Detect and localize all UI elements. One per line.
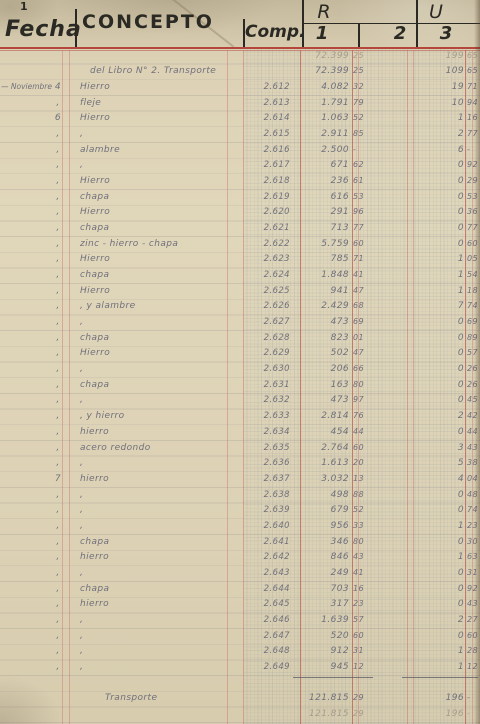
concepto-text: Hierro xyxy=(80,254,110,264)
amount-main: 1.613 xyxy=(279,458,349,468)
fecha-day: , xyxy=(50,662,66,672)
amount-main: 72.399 xyxy=(279,66,349,76)
amount-main: 679 xyxy=(279,505,349,515)
amount-main: 5 xyxy=(408,458,464,468)
amount-main: 1 xyxy=(408,113,464,123)
concepto-text: Hierro xyxy=(80,207,110,217)
concepto-text: , y alambre xyxy=(80,301,136,311)
amount-main: 0 xyxy=(408,427,464,437)
fecha-day: , xyxy=(50,364,66,374)
fecha-day: , xyxy=(50,129,66,139)
fecha-day: , xyxy=(50,176,66,186)
header-divider-horizontal xyxy=(302,23,480,25)
amount-cents: 16 xyxy=(353,584,368,593)
amount-main: 346 xyxy=(279,537,349,547)
fecha-day: , xyxy=(50,395,66,405)
amount-main: 0 xyxy=(408,223,464,233)
ledger-row: ,alambre2.6162.500-6- xyxy=(0,143,480,159)
amount-main: 616 xyxy=(279,192,349,202)
ledger-row: ,,2.6361.61320538 xyxy=(0,456,480,472)
amount-main: 941 xyxy=(279,286,349,296)
amount-cents: 96 xyxy=(353,207,368,216)
column-header-comp: Comp. xyxy=(245,22,306,42)
ledger-row: ,fleje2.6131.791791094 xyxy=(0,96,480,112)
ledger-row: ,zinc - hierro - chapa2.6225.75960060 xyxy=(0,237,480,253)
amount-main: 785 xyxy=(279,254,349,264)
amount-main: 3.032 xyxy=(279,474,349,484)
fecha-day: , xyxy=(50,427,66,437)
concepto-text: , xyxy=(80,521,83,531)
ledger-row: ,,2.64752060060 xyxy=(0,629,480,645)
ledger-row: ,chapa2.63116380026 xyxy=(0,378,480,394)
amount-cents: 43 xyxy=(353,552,368,561)
amount-main: 0 xyxy=(408,395,464,405)
amount-cents: 66 xyxy=(353,364,368,373)
amount-cents: 60 xyxy=(353,239,368,248)
ledger-row: ,,2.6461.63957227 xyxy=(0,613,480,629)
amount-main: 72.399 xyxy=(279,51,349,61)
amount-main: 2 xyxy=(408,615,464,625)
amount-main: 1 xyxy=(408,270,464,280)
concepto-text: chapa xyxy=(80,223,109,233)
amount-cents: 29 xyxy=(353,693,368,702)
column-header-concepto: CONCEPTO xyxy=(82,11,214,33)
amount-main: 498 xyxy=(279,490,349,500)
concepto-text: Hierro xyxy=(80,82,110,92)
amount-main: 956 xyxy=(279,521,349,531)
ledger-row: del Libro N° 2. Transporte72.3992510965 xyxy=(0,64,480,80)
amount-main: 0 xyxy=(408,207,464,217)
ledger-row: ,chapa2.64134680030 xyxy=(0,535,480,551)
fecha-day: 6 xyxy=(50,113,66,123)
amount-main: 0 xyxy=(408,364,464,374)
amount-main: 0 xyxy=(408,317,464,327)
amount-main: 0 xyxy=(408,333,464,343)
amount-cents: 29 xyxy=(353,709,368,718)
fecha-day: , xyxy=(50,223,66,233)
fecha-day: , xyxy=(50,537,66,547)
amount-cents: 41 xyxy=(353,270,368,279)
concepto-text: , xyxy=(80,615,83,625)
amount-cents: 41 xyxy=(353,568,368,577)
concepto-text: hierro xyxy=(80,552,109,562)
amount-cents: 80 xyxy=(353,537,368,546)
amount-cents: 60 xyxy=(353,631,368,640)
amount-main: 7 xyxy=(408,301,464,311)
fecha-day: , xyxy=(50,317,66,327)
amount-main: 1 xyxy=(408,254,464,264)
ledger-row: ,Hierro2.62594147118 xyxy=(0,284,480,300)
amount-main: 2.814 xyxy=(279,411,349,421)
amount-main: 846 xyxy=(279,552,349,562)
amount-main: 703 xyxy=(279,584,349,594)
ledger-row: ,acero redondo2.6352.76460343 xyxy=(0,441,480,457)
fecha-day: 7 xyxy=(50,474,66,484)
amount-cents: 01 xyxy=(353,333,368,342)
fecha-day: , xyxy=(50,333,66,343)
fecha-day: , xyxy=(50,615,66,625)
fecha-day: , xyxy=(50,646,66,656)
amount-main: 2 xyxy=(408,411,464,421)
amount-cents: 52 xyxy=(353,113,368,122)
fecha-day: , xyxy=(50,458,66,468)
amount-main: 196 xyxy=(408,709,464,719)
amount-main: 10 xyxy=(408,98,464,108)
amount-main: 502 xyxy=(279,348,349,358)
amount-cents: 85 xyxy=(353,129,368,138)
ledger-row: ,,2.63967952074 xyxy=(0,503,480,519)
concepto-text: , xyxy=(80,160,83,170)
fecha-day: , xyxy=(50,599,66,609)
ledger-row: Transporte121.81529196- xyxy=(0,691,480,707)
amount-main: 317 xyxy=(279,599,349,609)
amount-main: 1.063 xyxy=(279,113,349,123)
ledger-row: ,chapa2.6241.84841154 xyxy=(0,268,480,284)
amount-main: 0 xyxy=(408,380,464,390)
concepto-text: , xyxy=(80,505,83,515)
amount-main: 912 xyxy=(279,646,349,656)
ledger-row: ,Hierro2.62950247057 xyxy=(0,346,480,362)
amount-cents: 33 xyxy=(353,521,368,530)
concepto-text: del Libro N° 2. Transporte xyxy=(90,66,216,76)
fecha-day: , xyxy=(50,254,66,264)
amount-main: 121.815 xyxy=(279,693,349,703)
amount-main: 0 xyxy=(408,631,464,641)
fecha-day: , xyxy=(50,98,66,108)
concepto-text: , xyxy=(80,129,83,139)
fecha-day: , xyxy=(50,160,66,170)
concepto-text: , xyxy=(80,646,83,656)
concepto-text: chapa xyxy=(80,584,109,594)
fecha-day: , xyxy=(50,584,66,594)
total-underline-col1 xyxy=(293,677,373,678)
amount-cents: 76 xyxy=(353,411,368,420)
amount-cents: 53 xyxy=(353,192,368,201)
amount-cents: 77 xyxy=(353,223,368,232)
amount-main: 454 xyxy=(279,427,349,437)
amount-cents: 97 xyxy=(353,395,368,404)
fecha-day: , xyxy=(50,490,66,500)
amount-cents: 23 xyxy=(353,599,368,608)
fecha-day: , xyxy=(50,286,66,296)
ledger-row: ,, y alambre2.6262.42968774 xyxy=(0,299,480,315)
column-group-u: U xyxy=(424,1,448,23)
ledger-row: ,,2.63849888048 xyxy=(0,488,480,504)
amount-main: 199 xyxy=(408,51,464,61)
amount-main: 2 xyxy=(408,129,464,139)
amount-cents: - xyxy=(353,145,368,154)
amount-main: 823 xyxy=(279,333,349,343)
amount-main: 109 xyxy=(408,66,464,76)
ledger-row: ,chapa2.64470316092 xyxy=(0,582,480,598)
amount-cents: 62 xyxy=(353,160,368,169)
concepto-text: hierro xyxy=(80,474,109,484)
fecha-day: , xyxy=(50,443,66,453)
amount-main: 473 xyxy=(279,395,349,405)
amount-cents: 47 xyxy=(353,348,368,357)
concepto-text: chapa xyxy=(80,192,109,202)
concepto-text: , xyxy=(80,631,83,641)
concepto-text: chapa xyxy=(80,333,109,343)
concepto-text: hierro xyxy=(80,427,109,437)
amount-main: 1 xyxy=(408,286,464,296)
amount-cents: 71 xyxy=(353,254,368,263)
amount-cents: 61 xyxy=(353,176,368,185)
ledger-row: ,, y hierro2.6332.81476242 xyxy=(0,409,480,425)
amount-cents: 60 xyxy=(353,443,368,452)
concepto-text: , xyxy=(80,568,83,578)
amount-cents: 47 xyxy=(353,286,368,295)
column-header-fecha: Fecha xyxy=(5,17,82,42)
concepto-text: Transporte xyxy=(105,693,157,703)
concepto-text: alambre xyxy=(80,145,120,155)
amount-main: 6 xyxy=(408,145,464,155)
amount-main: 1 xyxy=(408,646,464,656)
total-underline-col3 xyxy=(402,677,478,678)
amount-main: 0 xyxy=(408,505,464,515)
fecha-day: , xyxy=(50,192,66,202)
amount-cents: 69 xyxy=(353,317,368,326)
amount-main: 1.791 xyxy=(279,98,349,108)
ledger-row: 7hierro2.6373.03213404 xyxy=(0,472,480,488)
amount-cents: 80 xyxy=(353,380,368,389)
ledger-row: ,,2.6152.91185277 xyxy=(0,127,480,143)
concepto-text: , xyxy=(80,364,83,374)
amount-main: 5.759 xyxy=(279,239,349,249)
concepto-text: chapa xyxy=(80,270,109,280)
ledger-scan-page: 1 Fecha CONCEPTO Comp. R U 1 2 3 72.3992… xyxy=(0,0,480,724)
fecha-day: , xyxy=(50,411,66,421)
amount-cents: 13 xyxy=(353,474,368,483)
fecha-day: , xyxy=(50,380,66,390)
fecha-day: , xyxy=(50,301,66,311)
ledger-row: — Noviembre4Hierro2.6124.082321971 xyxy=(0,80,480,96)
header-divider xyxy=(358,23,360,47)
ledger-row: 72.3992519965 xyxy=(0,49,480,65)
ledger-row: ,,2.64994512112 xyxy=(0,660,480,676)
concepto-text: chapa xyxy=(80,537,109,547)
amount-main: 4 xyxy=(408,474,464,484)
ledger-row: ,chapa2.62882301089 xyxy=(0,331,480,347)
amount-main: 520 xyxy=(279,631,349,641)
amount-main: 945 xyxy=(279,662,349,672)
fecha-day: , xyxy=(50,207,66,217)
amount-main: 236 xyxy=(279,176,349,186)
ledger-row: ,,2.62747369069 xyxy=(0,315,480,331)
concepto-text: Hierro xyxy=(80,286,110,296)
amount-cents: 52 xyxy=(353,505,368,514)
concepto-text: zinc - hierro - chapa xyxy=(80,239,178,249)
amount-cents: 12 xyxy=(353,662,368,671)
amount-main: 0 xyxy=(408,568,464,578)
amount-main: 2.429 xyxy=(279,301,349,311)
amount-main: 1 xyxy=(408,662,464,672)
amount-main: 0 xyxy=(408,160,464,170)
fecha-month: — Noviembre xyxy=(1,82,57,91)
ledger-row: 6Hierro2.6141.06352116 xyxy=(0,111,480,127)
amount-main: 4.082 xyxy=(279,82,349,92)
amount-cents: 25 xyxy=(353,51,368,60)
amount-main: 473 xyxy=(279,317,349,327)
amount-cents: 20 xyxy=(353,458,368,467)
fecha-day: , xyxy=(50,239,66,249)
concepto-text: fleje xyxy=(80,98,101,108)
ledger-row: ,hierro2.64531723043 xyxy=(0,597,480,613)
concepto-text: , xyxy=(80,317,83,327)
amount-main: 3 xyxy=(408,443,464,453)
ledger-row: ,,2.64095633123 xyxy=(0,519,480,535)
amount-main: 0 xyxy=(408,537,464,547)
concepto-text: Hierro xyxy=(80,348,110,358)
ledger-row: ,,2.64324941031 xyxy=(0,566,480,582)
amount-main: 249 xyxy=(279,568,349,578)
amount-main: 2.500 xyxy=(279,145,349,155)
concepto-text: Hierro xyxy=(80,176,110,186)
ledger-row: 121.81529196- xyxy=(0,707,480,723)
concepto-text: , xyxy=(80,395,83,405)
column-header-2: 2 xyxy=(388,23,412,44)
amount-cents: 57 xyxy=(353,615,368,624)
amount-main: 2.911 xyxy=(279,129,349,139)
amount-main: 206 xyxy=(279,364,349,374)
ledger-row: ,Hierro2.61823661029 xyxy=(0,174,480,190)
header-divider xyxy=(243,19,245,47)
amount-main: 19 xyxy=(408,82,464,92)
fecha-day: , xyxy=(50,631,66,641)
fecha-day: 4 xyxy=(50,82,66,92)
column-group-r: R xyxy=(312,1,336,23)
amount-main: 713 xyxy=(279,223,349,233)
concepto-text: hierro xyxy=(80,599,109,609)
page-edge-shadow xyxy=(474,0,480,724)
concepto-text: Hierro xyxy=(80,113,110,123)
amount-main: 0 xyxy=(408,490,464,500)
amount-main: 291 xyxy=(279,207,349,217)
amount-main: 1 xyxy=(408,521,464,531)
concepto-text: , xyxy=(80,662,83,672)
column-header-3: 3 xyxy=(434,23,458,44)
amount-cents: 44 xyxy=(353,427,368,436)
amount-main: 0 xyxy=(408,176,464,186)
amount-cents: 88 xyxy=(353,490,368,499)
amount-main: 121.815 xyxy=(279,709,349,719)
amount-main: 0 xyxy=(408,599,464,609)
fecha-day: , xyxy=(50,145,66,155)
ledger-row: ,,2.61767162092 xyxy=(0,158,480,174)
amount-main: 163 xyxy=(279,380,349,390)
amount-main: 1.639 xyxy=(279,615,349,625)
ledger-row: ,Hierro2.62029196036 xyxy=(0,205,480,221)
fecha-day: , xyxy=(50,568,66,578)
amount-main: 2.764 xyxy=(279,443,349,453)
amount-main: 671 xyxy=(279,160,349,170)
fecha-day: , xyxy=(50,521,66,531)
fecha-day: , xyxy=(50,348,66,358)
amount-main: 0 xyxy=(408,584,464,594)
fecha-day: , xyxy=(50,552,66,562)
concepto-text: chapa xyxy=(80,380,109,390)
amount-main: 0 xyxy=(408,348,464,358)
concepto-text: , xyxy=(80,458,83,468)
ledger-row: ,hierro2.63445444044 xyxy=(0,425,480,441)
amount-main: 1.848 xyxy=(279,270,349,280)
amount-main: 1 xyxy=(408,552,464,562)
amount-cents: 25 xyxy=(353,66,368,75)
ledger-row: ,,2.63020666026 xyxy=(0,362,480,378)
amount-cents: 31 xyxy=(353,646,368,655)
ledger-row: ,Hierro2.62378571105 xyxy=(0,252,480,268)
page-number: 1 xyxy=(20,0,28,13)
amount-main: 0 xyxy=(408,192,464,202)
concepto-text: , y hierro xyxy=(80,411,125,421)
amount-main: 196 xyxy=(408,693,464,703)
concepto-text: , xyxy=(80,490,83,500)
amount-cents: 68 xyxy=(353,301,368,310)
column-header-1: 1 xyxy=(310,23,334,44)
ledger-row: ,hierro2.64284643163 xyxy=(0,550,480,566)
concepto-text: acero redondo xyxy=(80,443,151,453)
amount-main: 0 xyxy=(408,239,464,249)
amount-cents: 32 xyxy=(353,82,368,91)
ledger-row: ,chapa2.61961653053 xyxy=(0,190,480,206)
ledger-row: ,chapa2.62171377077 xyxy=(0,221,480,237)
fecha-day: , xyxy=(50,505,66,515)
fecha-day: , xyxy=(50,270,66,280)
amount-cents: 79 xyxy=(353,98,368,107)
header-divider xyxy=(75,9,77,47)
ledger-row: ,,2.64891231128 xyxy=(0,644,480,660)
ledger-row: ,,2.63247397045 xyxy=(0,393,480,409)
